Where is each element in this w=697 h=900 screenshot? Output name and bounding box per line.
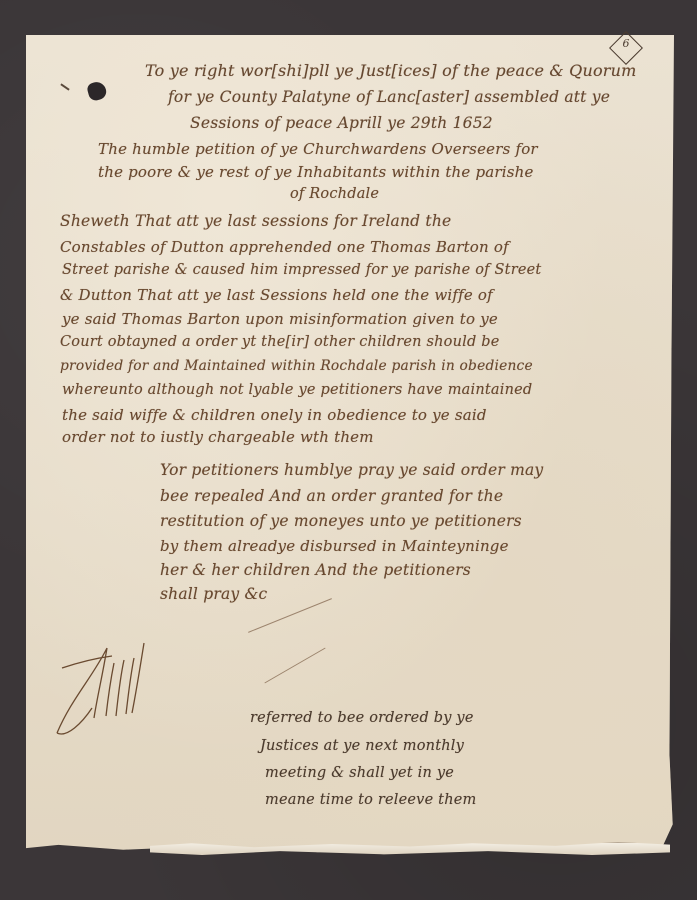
folio-number: 6 [614, 37, 638, 59]
prayer-line: her & her children And the petitioners [160, 561, 471, 579]
signature-mark [52, 638, 172, 738]
order-note-line: referred to bee ordered by ye [250, 710, 474, 726]
heading-line: for ye County Palatyne of Lanc[aster] as… [168, 88, 610, 106]
body-line: whereunto although not lyable ye petitio… [62, 382, 532, 398]
intro-line: The humble petition of ye Churchwardens … [98, 140, 538, 158]
body-line: Sheweth That att ye last sessions for Ir… [60, 212, 451, 230]
order-note-line: meeting & shall yet in ye [265, 765, 454, 781]
prayer-line: restitution of ye moneyes unto ye petiti… [160, 512, 522, 530]
body-line: Street parishe & caused him impressed fo… [62, 262, 541, 278]
order-note-line: Justices at ye next monthly [260, 738, 464, 754]
body-line: Court obtayned a order yt the[ir] other … [60, 334, 500, 350]
prayer-line: Yor petitioners humblye pray ye said ord… [160, 461, 543, 479]
body-line: ye said Thomas Barton upon misinformatio… [62, 310, 498, 328]
prayer-line: by them alreadye disbursed in Mainteynin… [160, 537, 509, 555]
body-line: order not to iustly chargeable wth them [62, 428, 374, 446]
intro-line: of Rochdale [290, 186, 379, 202]
heading-line: Sessions of peace Aprill ye 29th 1652 [190, 114, 493, 132]
prayer-line: shall pray &c [160, 585, 267, 603]
body-line: provided for and Maintained within Rochd… [60, 358, 533, 374]
order-note-line: meane time to releeve them [265, 792, 476, 808]
body-line: the said wiffe & children onely in obedi… [62, 406, 487, 424]
body-line: Constables of Dutton apprehended one Tho… [60, 238, 509, 256]
heading-line: To ye right wor[shi]pll ye Just[ices] of… [145, 61, 637, 80]
body-line: & Dutton That att ye last Sessions held … [60, 286, 493, 304]
intro-line: the poore & ye rest of ye Inhabitants wi… [98, 163, 534, 181]
prayer-line: bee repealed And an order granted for th… [160, 487, 503, 505]
